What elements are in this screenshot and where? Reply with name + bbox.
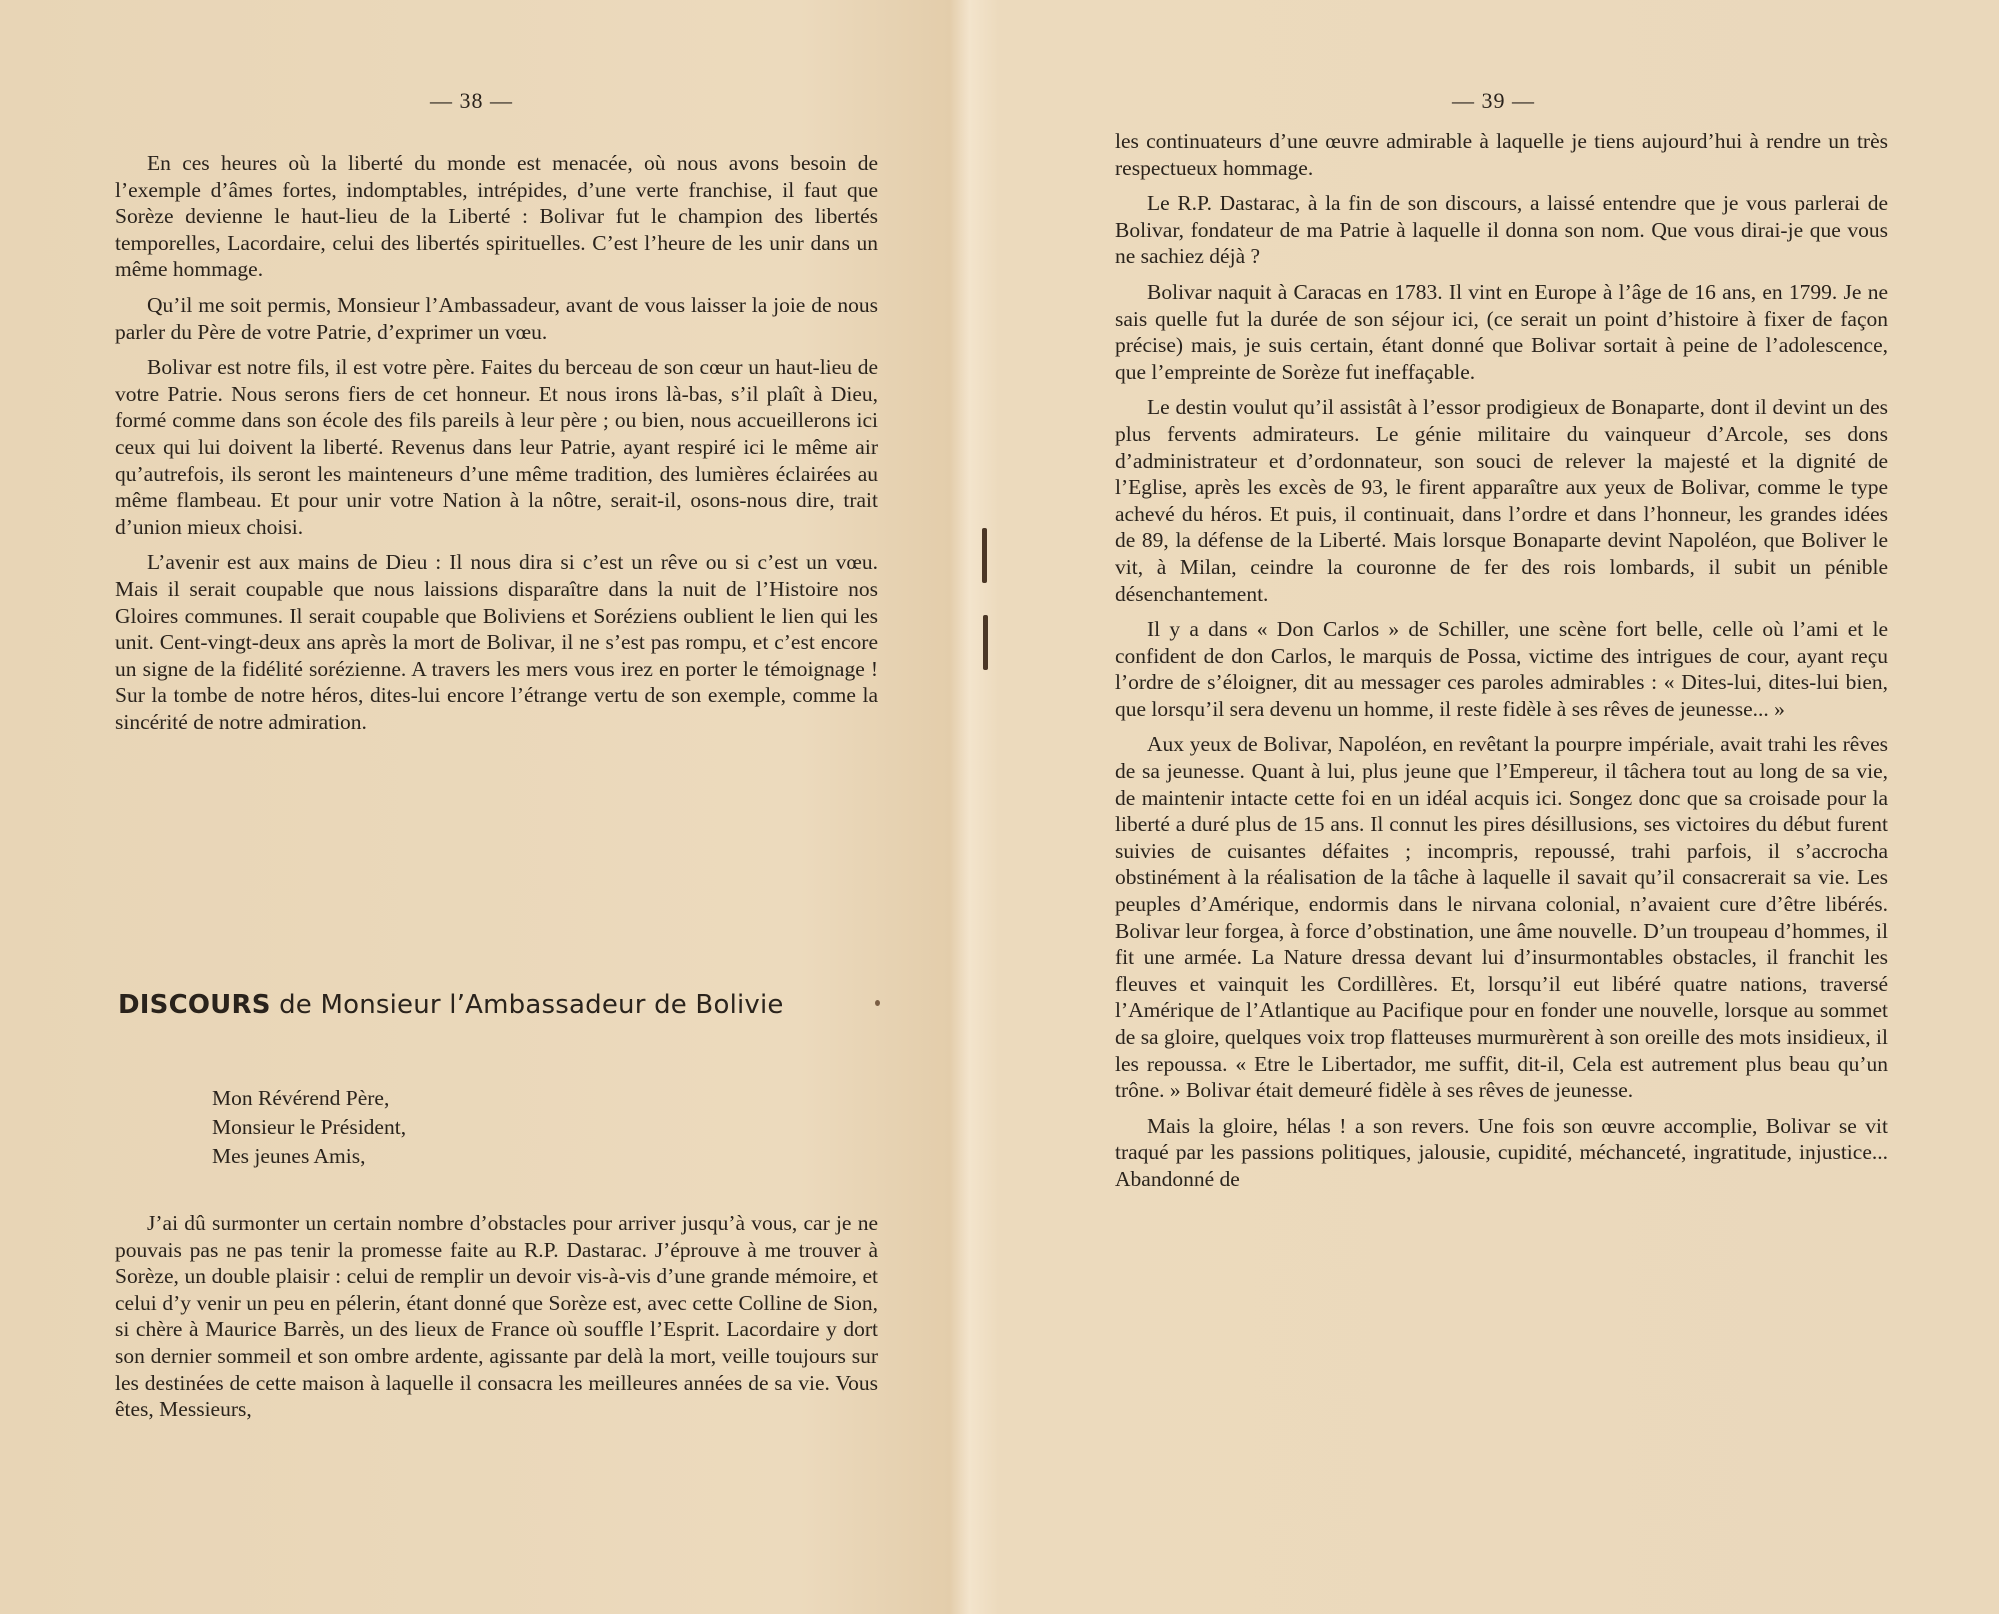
heading-bold: DISCOURS [118,990,271,1020]
right-body: les continuateurs d’une œuvre admirable … [1115,128,1888,1202]
salutation-line: Monsieur le Président, [212,1113,406,1142]
heading-rest: de Monsieur l’Ambassadeur de Bolivie [271,990,784,1020]
paragraph: J’ai dû surmonter un certain nombre d’ob… [115,1210,878,1423]
salutation-line: Mes jeunes Amis, [212,1142,406,1171]
paragraph: Le R.P. Dastarac, à la fin de son discou… [1115,190,1888,270]
paragraph: Qu’il me soit permis, Monsieur l’Ambassa… [115,292,878,345]
paper-speck [875,1000,880,1006]
paragraph: Aux yeux de Bolivar, Napoléon, en revêta… [1115,731,1888,1103]
paragraph: En ces heures où la liberté du monde est… [115,150,878,283]
paragraph: Il y a dans « Don Carlos » de Schiller, … [1115,616,1888,722]
salutation-line: Mon Révérend Père, [212,1084,406,1113]
left-body-top: En ces heures où la liberté du monde est… [115,150,878,744]
paragraph: Bolivar naquit à Caracas en 1783. Il vin… [1115,279,1888,385]
book-spread: — 38 — En ces heures où la liberté du mo… [0,0,1999,1614]
left-page: — 38 — En ces heures où la liberté du mo… [0,0,975,1614]
paragraph: les continuateurs d’une œuvre admirable … [1115,128,1888,181]
paragraph: L’avenir est aux mains de Dieu : Il nous… [115,549,878,735]
salutation: Mon Révérend Père, Monsieur le Président… [212,1084,406,1171]
right-page: — 39 — les continuateurs d’une œuvre adm… [985,0,1999,1614]
page-number-right: — 39 — [1452,88,1535,114]
paragraph: Bolivar est notre fils, il est votre pèr… [115,354,878,540]
left-body-bottom: J’ai dû surmonter un certain nombre d’ob… [115,1210,878,1432]
section-heading: DISCOURS de Monsieur l’Ambassadeur de Bo… [118,990,784,1020]
paragraph: Mais la gloire, hélas ! a son revers. Un… [1115,1113,1888,1193]
page-number-left: — 38 — [430,88,513,114]
paragraph: Le destin voulut qu’il assistât à l’esso… [1115,394,1888,607]
